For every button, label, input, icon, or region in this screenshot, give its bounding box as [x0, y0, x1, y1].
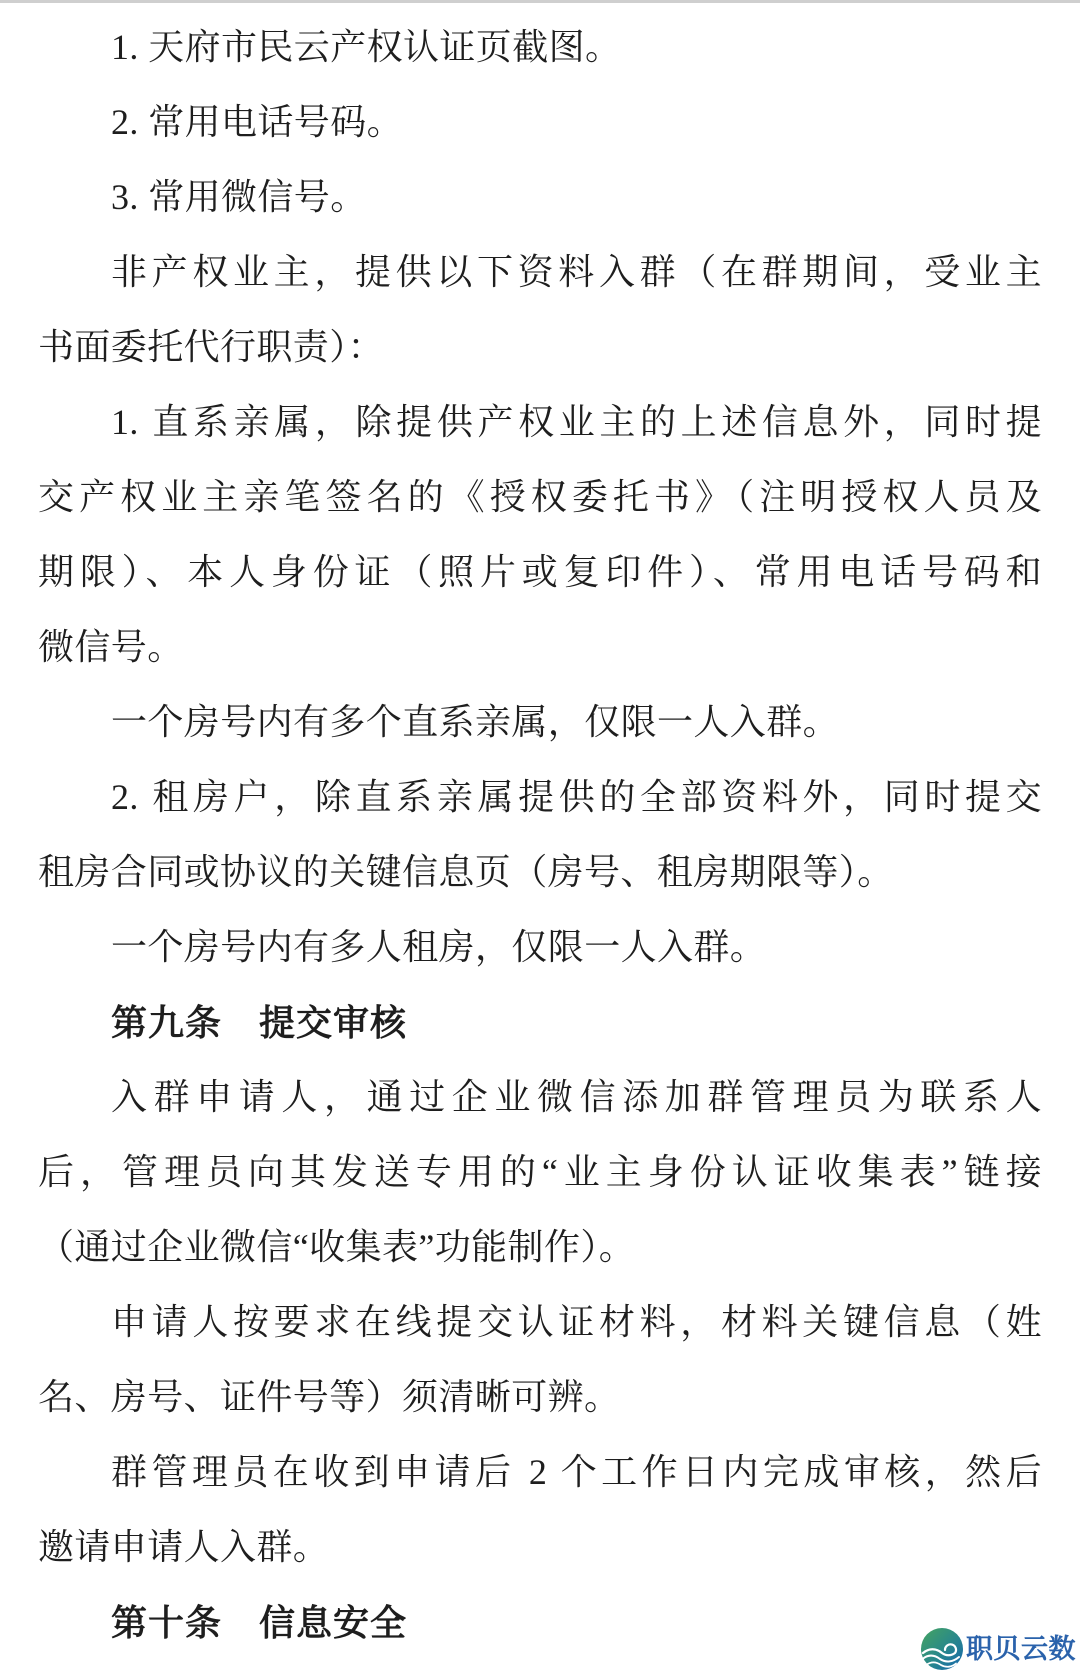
doc-line: 一个房号内有多人租房，仅限一人入群。	[38, 910, 1042, 985]
doc-line: 一个房号内有多个直系亲属，仅限一人入群。	[38, 685, 1042, 760]
doc-line: 1. 天府市民云产权认证页截图。	[38, 10, 1042, 85]
doc-line: 交产权业主亲笔签名的《授权委托书》（注明授权人员及	[38, 460, 1042, 535]
doc-line: 期限）、本人身份证（照片或复印件）、常用电话号码和	[38, 535, 1042, 610]
doc-line: 书面委托代行职责）：	[38, 310, 1042, 385]
doc-line: 3. 常用微信号。	[38, 160, 1042, 235]
document-body: 1. 天府市民云产权认证页截图。 2. 常用电话号码。 3. 常用微信号。 非产…	[38, 10, 1042, 1660]
doc-line: 非产权业主，提供以下资料入群（在群期间，受业主	[38, 235, 1042, 310]
doc-line: 1. 直系亲属，除提供产权业主的上述信息外，同时提	[38, 385, 1042, 460]
page-top-edge	[0, 0, 1080, 3]
doc-line: 租房合同或协议的关键信息页（房号、租房期限等）。	[38, 835, 1042, 910]
doc-line: 邀请申请人入群。	[38, 1510, 1042, 1585]
doc-line: 2. 租房户，除直系亲属提供的全部资料外，同时提交	[38, 760, 1042, 835]
doc-line: （通过企业微信“收集表”功能制作）。	[38, 1210, 1042, 1285]
doc-line: 申请人按要求在线提交认证材料，材料关键信息（姓	[38, 1285, 1042, 1360]
doc-line: 入群申请人，通过企业微信添加群管理员为联系人	[38, 1060, 1042, 1135]
zhibei-logo-icon	[921, 1628, 963, 1670]
doc-line: 群管理员在收到申请后 2 个工作日内完成审核，然后	[38, 1435, 1042, 1510]
doc-line: 名、房号、证件号等）须清晰可辨。	[38, 1360, 1042, 1435]
heading-article-9: 第九条 提交审核	[38, 985, 1042, 1060]
heading-article-10: 第十条 信息安全	[38, 1585, 1042, 1660]
doc-line: 微信号。	[38, 610, 1042, 685]
doc-line: 后，管理员向其发送专用的“业主身份认证收集表”链接	[38, 1135, 1042, 1210]
doc-line: 2. 常用电话号码。	[38, 85, 1042, 160]
brand-name: 职贝云数	[966, 1628, 1076, 1670]
footer-watermark: 职贝云数	[921, 1628, 1076, 1670]
